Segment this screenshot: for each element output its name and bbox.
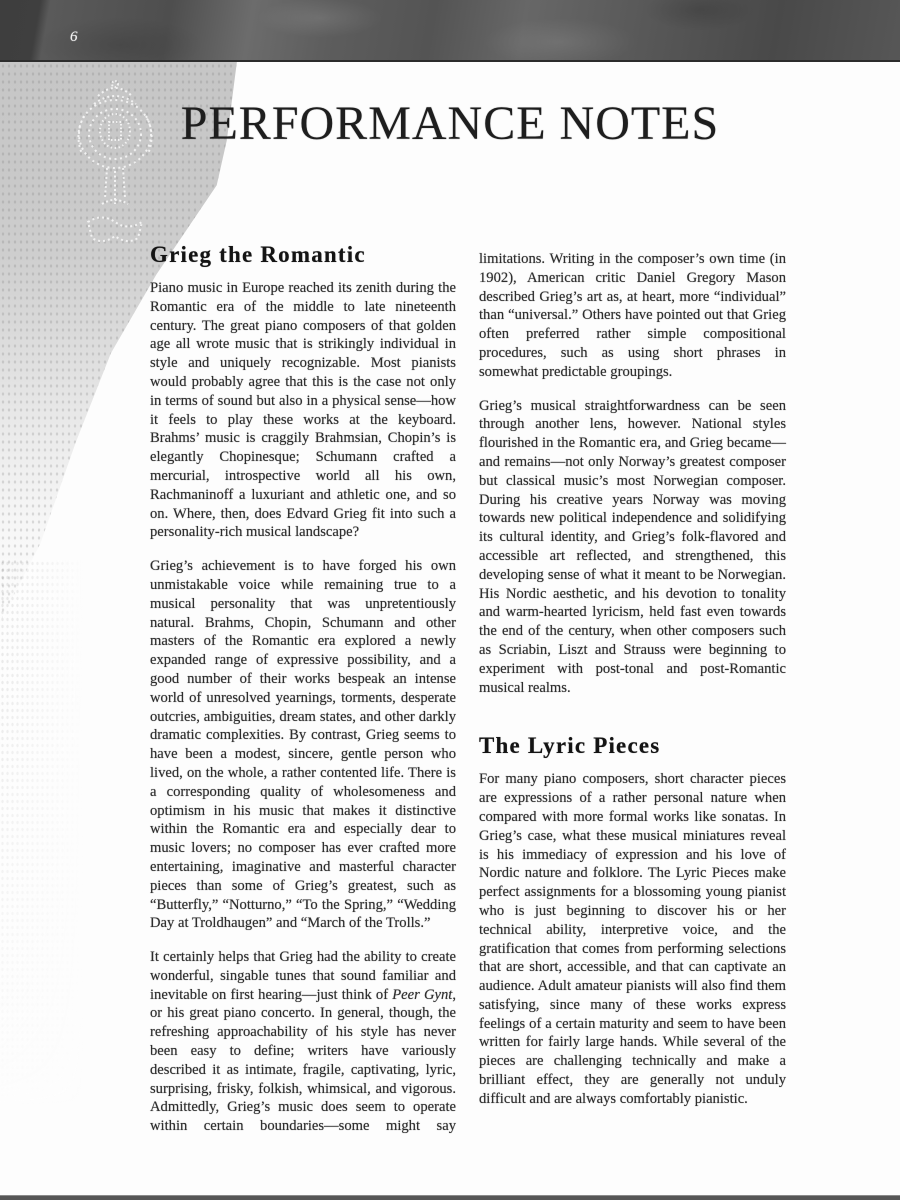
left-margin-noise (0, 560, 95, 1140)
page-number: 6 (70, 30, 78, 45)
right-column: limitations. Writing in the composer’s o… (479, 250, 786, 1124)
paragraph-grieg-4: Grieg’s musical straightforwardness can … (479, 397, 786, 698)
left-column: Grieg the Romantic Piano music in Europe… (150, 242, 456, 1151)
page-title: PERFORMANCE NOTES (0, 98, 900, 150)
peer-gynt-italic: Peer Gynt (392, 987, 452, 1003)
top-banner: 6 (0, 0, 900, 62)
paragraph-grieg-1: Piano music in Europe reached its zenith… (150, 279, 456, 542)
paragraph-grieg-3: It certainly helps that Grieg had the ab… (150, 948, 456, 1136)
section-heading-the-lyric-pieces: The Lyric Pieces (479, 733, 786, 759)
bottom-banner (0, 1195, 900, 1200)
paragraph-grieg-2: Grieg’s achievement is to have forged hi… (150, 557, 456, 933)
paragraph-lyric-1: For many piano composers, short characte… (479, 770, 786, 1108)
paragraph-grieg-3-text-end: , or his great piano concerto. In genera… (150, 987, 456, 1135)
paragraph-grieg-3-continued: limitations. Writing in the composer’s o… (479, 250, 786, 382)
section-heading-grieg-the-romantic: Grieg the Romantic (150, 242, 456, 268)
